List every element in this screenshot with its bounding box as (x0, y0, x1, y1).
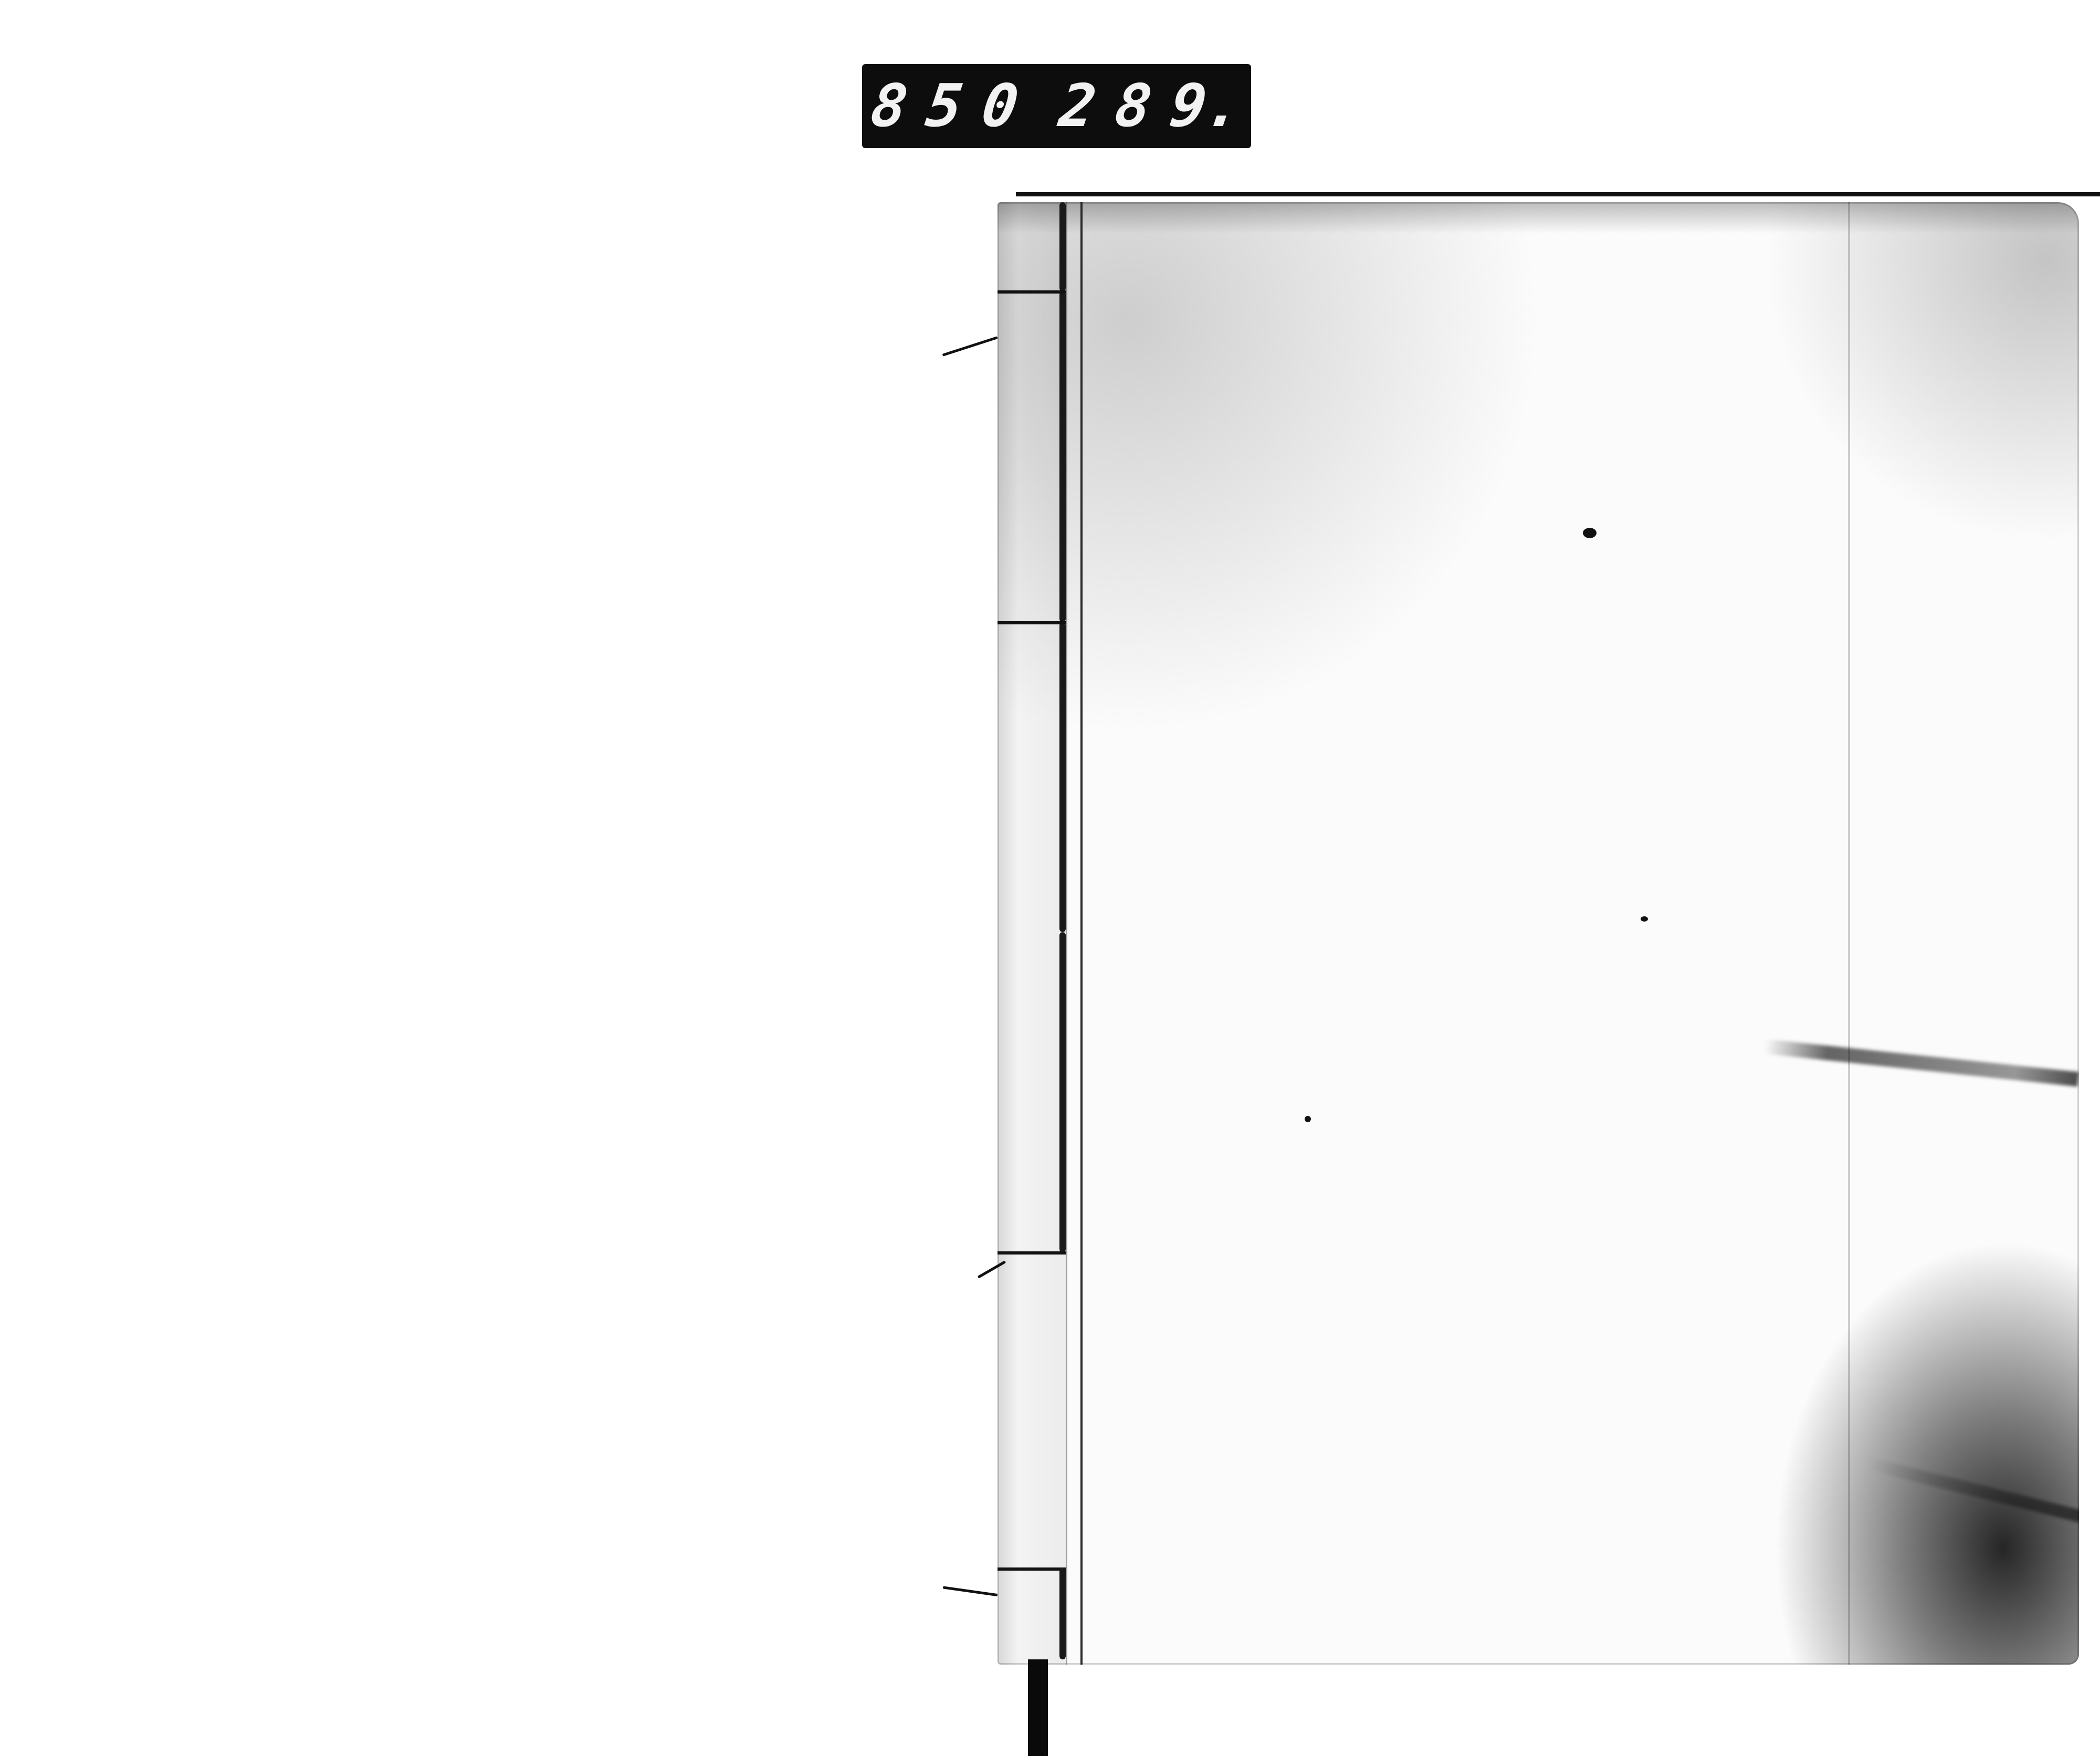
binding-thread (1059, 932, 1066, 1252)
paper-stain-texture (997, 202, 2079, 1665)
binding-stitch (997, 290, 1066, 294)
counter-right-group: 2 8 9. (1060, 77, 1242, 135)
paper-speck (1583, 528, 1597, 538)
binding-thread (1059, 291, 1066, 622)
counter-digit: 8 (1111, 77, 1155, 135)
counter-left-group: 8 5 0 (871, 77, 1017, 135)
binding-stitch (997, 1567, 1066, 1571)
book-spine (997, 202, 1067, 1665)
cover-crease (1848, 202, 1850, 1665)
binding-thread (1059, 1567, 1066, 1659)
counter-digit: 2 (1056, 77, 1099, 135)
paper-speck (1641, 916, 1648, 922)
counter-digit: 5 (923, 77, 967, 135)
paper-speck (1305, 1116, 1311, 1122)
loose-thread (942, 336, 998, 357)
binding-stitch (997, 621, 1066, 624)
book-top-edge (1016, 192, 2100, 196)
loose-thread (943, 1586, 998, 1596)
spine-fold-line (1080, 202, 1083, 1665)
binding-thread (1059, 202, 1066, 291)
binding-thread (1059, 622, 1066, 932)
counter-digit: 9. (1167, 77, 1246, 135)
book-cover (997, 202, 2079, 1665)
counter-digit: 8 (867, 77, 911, 135)
scan-marker-bar (1028, 1659, 1048, 1756)
frame-counter: 8 5 0 2 8 9. (862, 64, 1251, 148)
binding-stitch (997, 1251, 1066, 1255)
counter-digit: 0 (978, 77, 1022, 135)
